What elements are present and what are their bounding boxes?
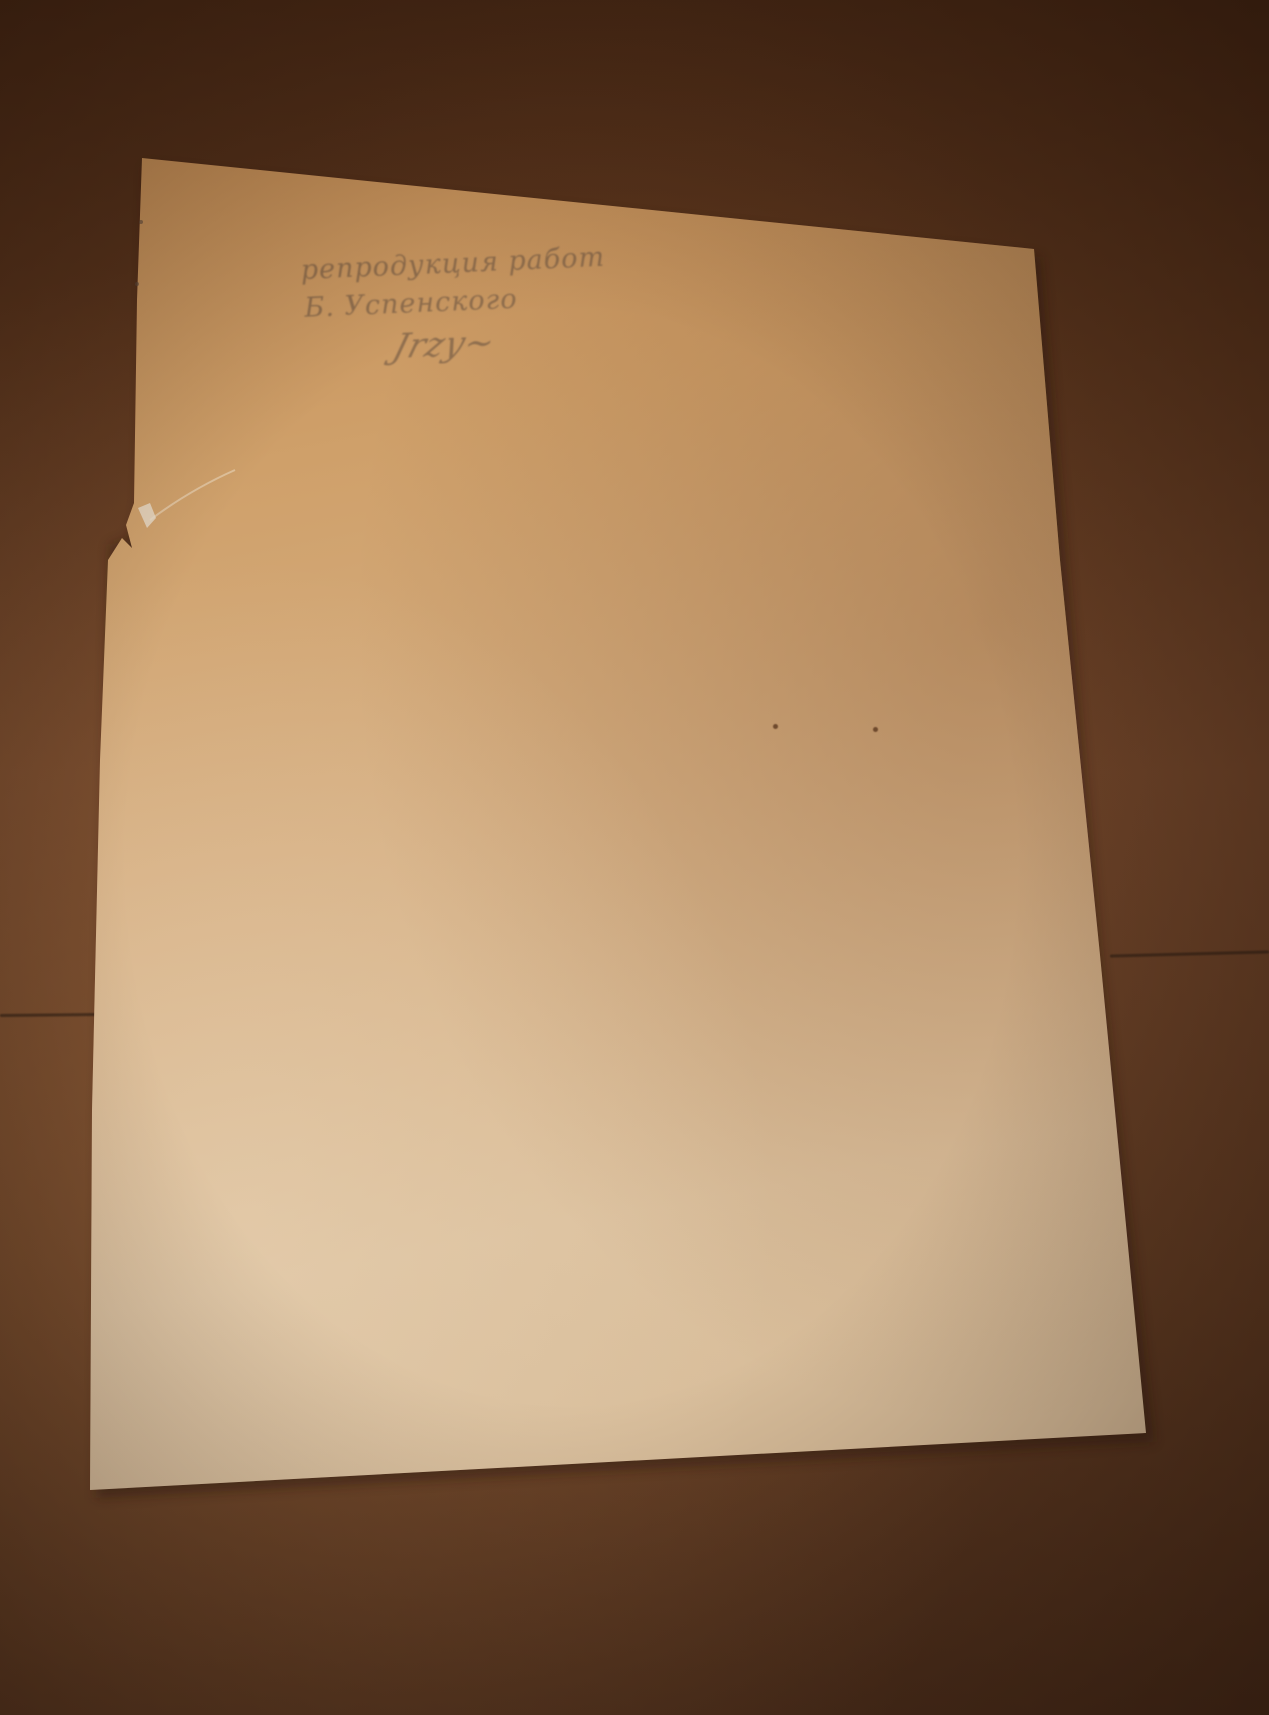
pencil-note: репродукция работ Б. Успенского Jrzy~ xyxy=(300,231,785,374)
paper-spot xyxy=(773,724,778,729)
cardboard-background: репродукция работ Б. Успенского Jrzy~ xyxy=(0,0,1269,1715)
paper-spot xyxy=(873,727,878,732)
